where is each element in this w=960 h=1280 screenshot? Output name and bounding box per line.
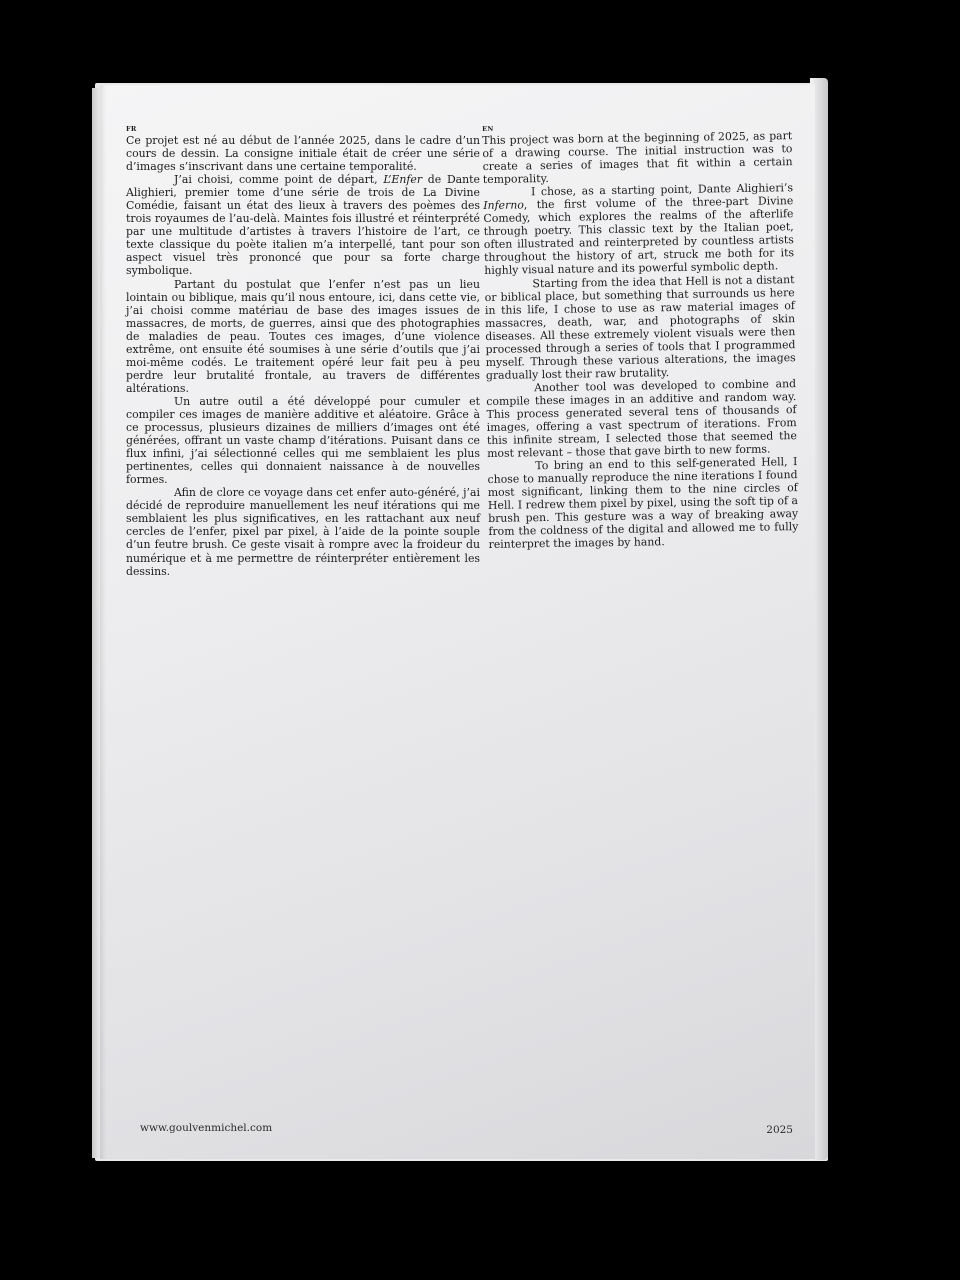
website-url: www.goulvenmichel.com [140, 1122, 272, 1134]
en-paragraph-5: To bring an end to this self-generated H… [487, 455, 798, 551]
book-title-fr: L’Enfer [383, 173, 422, 186]
en-paragraph-2-text-b: , the first volume of the three-part Div… [483, 194, 794, 277]
en-paragraph-3: Starting from the idea that Hell is not … [484, 273, 796, 382]
english-column: EN This project was born at the beginnin… [482, 120, 799, 551]
fr-paragraph-3: Partant du postulat que l’enfer n’est pa… [126, 278, 480, 395]
fr-paragraph-5: Afin de clore ce voyage dans cet enfer a… [126, 486, 480, 577]
french-column: FR Ce projet est né au début de l’année … [126, 125, 480, 578]
page-year: 2025 [766, 1124, 793, 1136]
en-paragraph-1: This project was born at the beginning o… [482, 129, 793, 186]
fr-paragraph-1: Ce projet est né au début de l’année 202… [126, 134, 480, 173]
en-paragraph-2: I chose, as a starting point, Dante Alig… [483, 181, 794, 277]
fr-paragraph-2-text-b: de Dante Alighieri, premier tome d’une s… [126, 173, 480, 277]
printed-page: FR Ce projet est né au début de l’année … [100, 85, 815, 1159]
fr-paragraph-4: Un autre outil a été développé pour cumu… [126, 395, 480, 486]
book-title-en: Inferno [483, 199, 524, 213]
language-label-fr: FR [126, 125, 480, 133]
fr-paragraph-2: J’ai choisi, comme point de départ, L’En… [126, 173, 480, 277]
fr-paragraph-2-text-a: J’ai choisi, comme point de départ, [174, 173, 383, 186]
en-paragraph-4: Another tool was developed to combine an… [486, 377, 797, 460]
